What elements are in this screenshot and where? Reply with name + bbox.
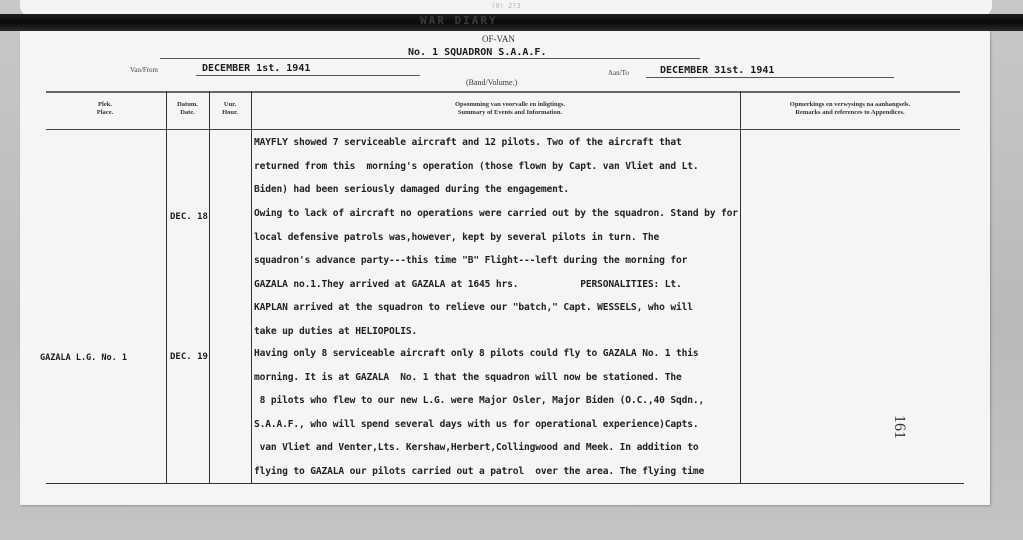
header-text: Summary of Events and Information. [380, 109, 640, 117]
header-text: Date. [166, 109, 209, 117]
header-text: Opsomming van voorvalle en inligtings. [380, 101, 640, 109]
header-text: Uur. [209, 101, 251, 109]
entry-date: DEC. 19 [170, 352, 208, 362]
of-van-label: OF-VAN [482, 34, 515, 44]
summary-line: Owing to lack of aircraft no operations … [254, 208, 738, 219]
summary-line: take up duties at HELIOPOLIS. [254, 326, 417, 337]
summary-line: van Vliet and Venter,Lts. Kershaw,Herber… [254, 442, 698, 453]
column-divider-hour [209, 91, 210, 483]
to-date: DECEMBER 31st. 1941 [660, 65, 774, 76]
entry-date: DEC. 18 [170, 212, 208, 222]
column-divider-summary [251, 91, 252, 483]
summary-line: local defensive patrols was,however, kep… [254, 232, 659, 243]
summary-line: S.A.A.F., who will spend several days wi… [254, 419, 698, 430]
summary-line: MAYFLY showed 7 serviceable aircraft and… [254, 137, 682, 148]
from-date: DECEMBER 1st. 1941 [202, 63, 310, 74]
binding-shadow [0, 14, 1023, 31]
summary-line: Having only 8 serviceable aircraft only … [254, 348, 698, 359]
header-text: Hour. [209, 109, 251, 117]
column-divider-remarks [740, 91, 741, 483]
summary-line: squadron's advance party---this time "B"… [254, 255, 687, 266]
table-top-rule [46, 91, 960, 93]
header-text: Opmerkings en verwysings na aanhangsels. [750, 101, 950, 109]
top-stamp: (0) 2?3 [491, 2, 521, 10]
summary-line: KAPLAN arrived at the squadron to reliev… [254, 302, 693, 313]
header-text: Datum. [166, 101, 209, 109]
summary-line: flying to GAZALA our pilots carried out … [254, 466, 704, 477]
column-divider-date [166, 91, 167, 483]
column-header-summary: Opsomming van voorvalle en inligtings. S… [380, 101, 640, 117]
header-text: Remarks and references to Appendices. [750, 109, 950, 117]
table-bottom-rule [46, 483, 964, 484]
header-text: Plek. [60, 101, 150, 109]
unit-name: No. 1 SQUADRON S.A.A.F. [408, 47, 546, 58]
band-title: WAR DIARY [420, 14, 498, 27]
war-diary-page: OF-VAN No. 1 SQUADRON S.A.A.F. Van/From … [20, 31, 990, 505]
header-text: Place. [60, 109, 150, 117]
column-header-hour: Uur. Hour. [209, 101, 251, 117]
page-number: 161 [890, 415, 908, 439]
summary-line: 8 pilots who flew to our new L.G. were M… [254, 395, 704, 406]
summary-line: returned from this morning's operation (… [254, 161, 698, 172]
entry-place: GAZALA L.G. No. 1 [40, 353, 127, 363]
table-header-rule [46, 129, 960, 130]
summary-line: morning. It is at GAZALA No. 1 that the … [254, 372, 682, 383]
volume-label: (Band/Volume.) [466, 78, 517, 87]
from-label: Van/From [130, 66, 158, 74]
to-label: Aan/To [608, 69, 629, 77]
unit-underline [160, 58, 700, 59]
column-header-remarks: Opmerkings en verwysings na aanhangsels.… [750, 101, 950, 117]
to-underline [646, 77, 894, 78]
column-header-date: Datum. Date. [166, 101, 209, 117]
summary-line: GAZALA no.1.They arrived at GAZALA at 16… [254, 279, 682, 290]
summary-line: Biden) had been seriously damaged during… [254, 184, 569, 195]
from-underline [196, 75, 420, 76]
column-header-place: Plek. Place. [60, 101, 150, 117]
